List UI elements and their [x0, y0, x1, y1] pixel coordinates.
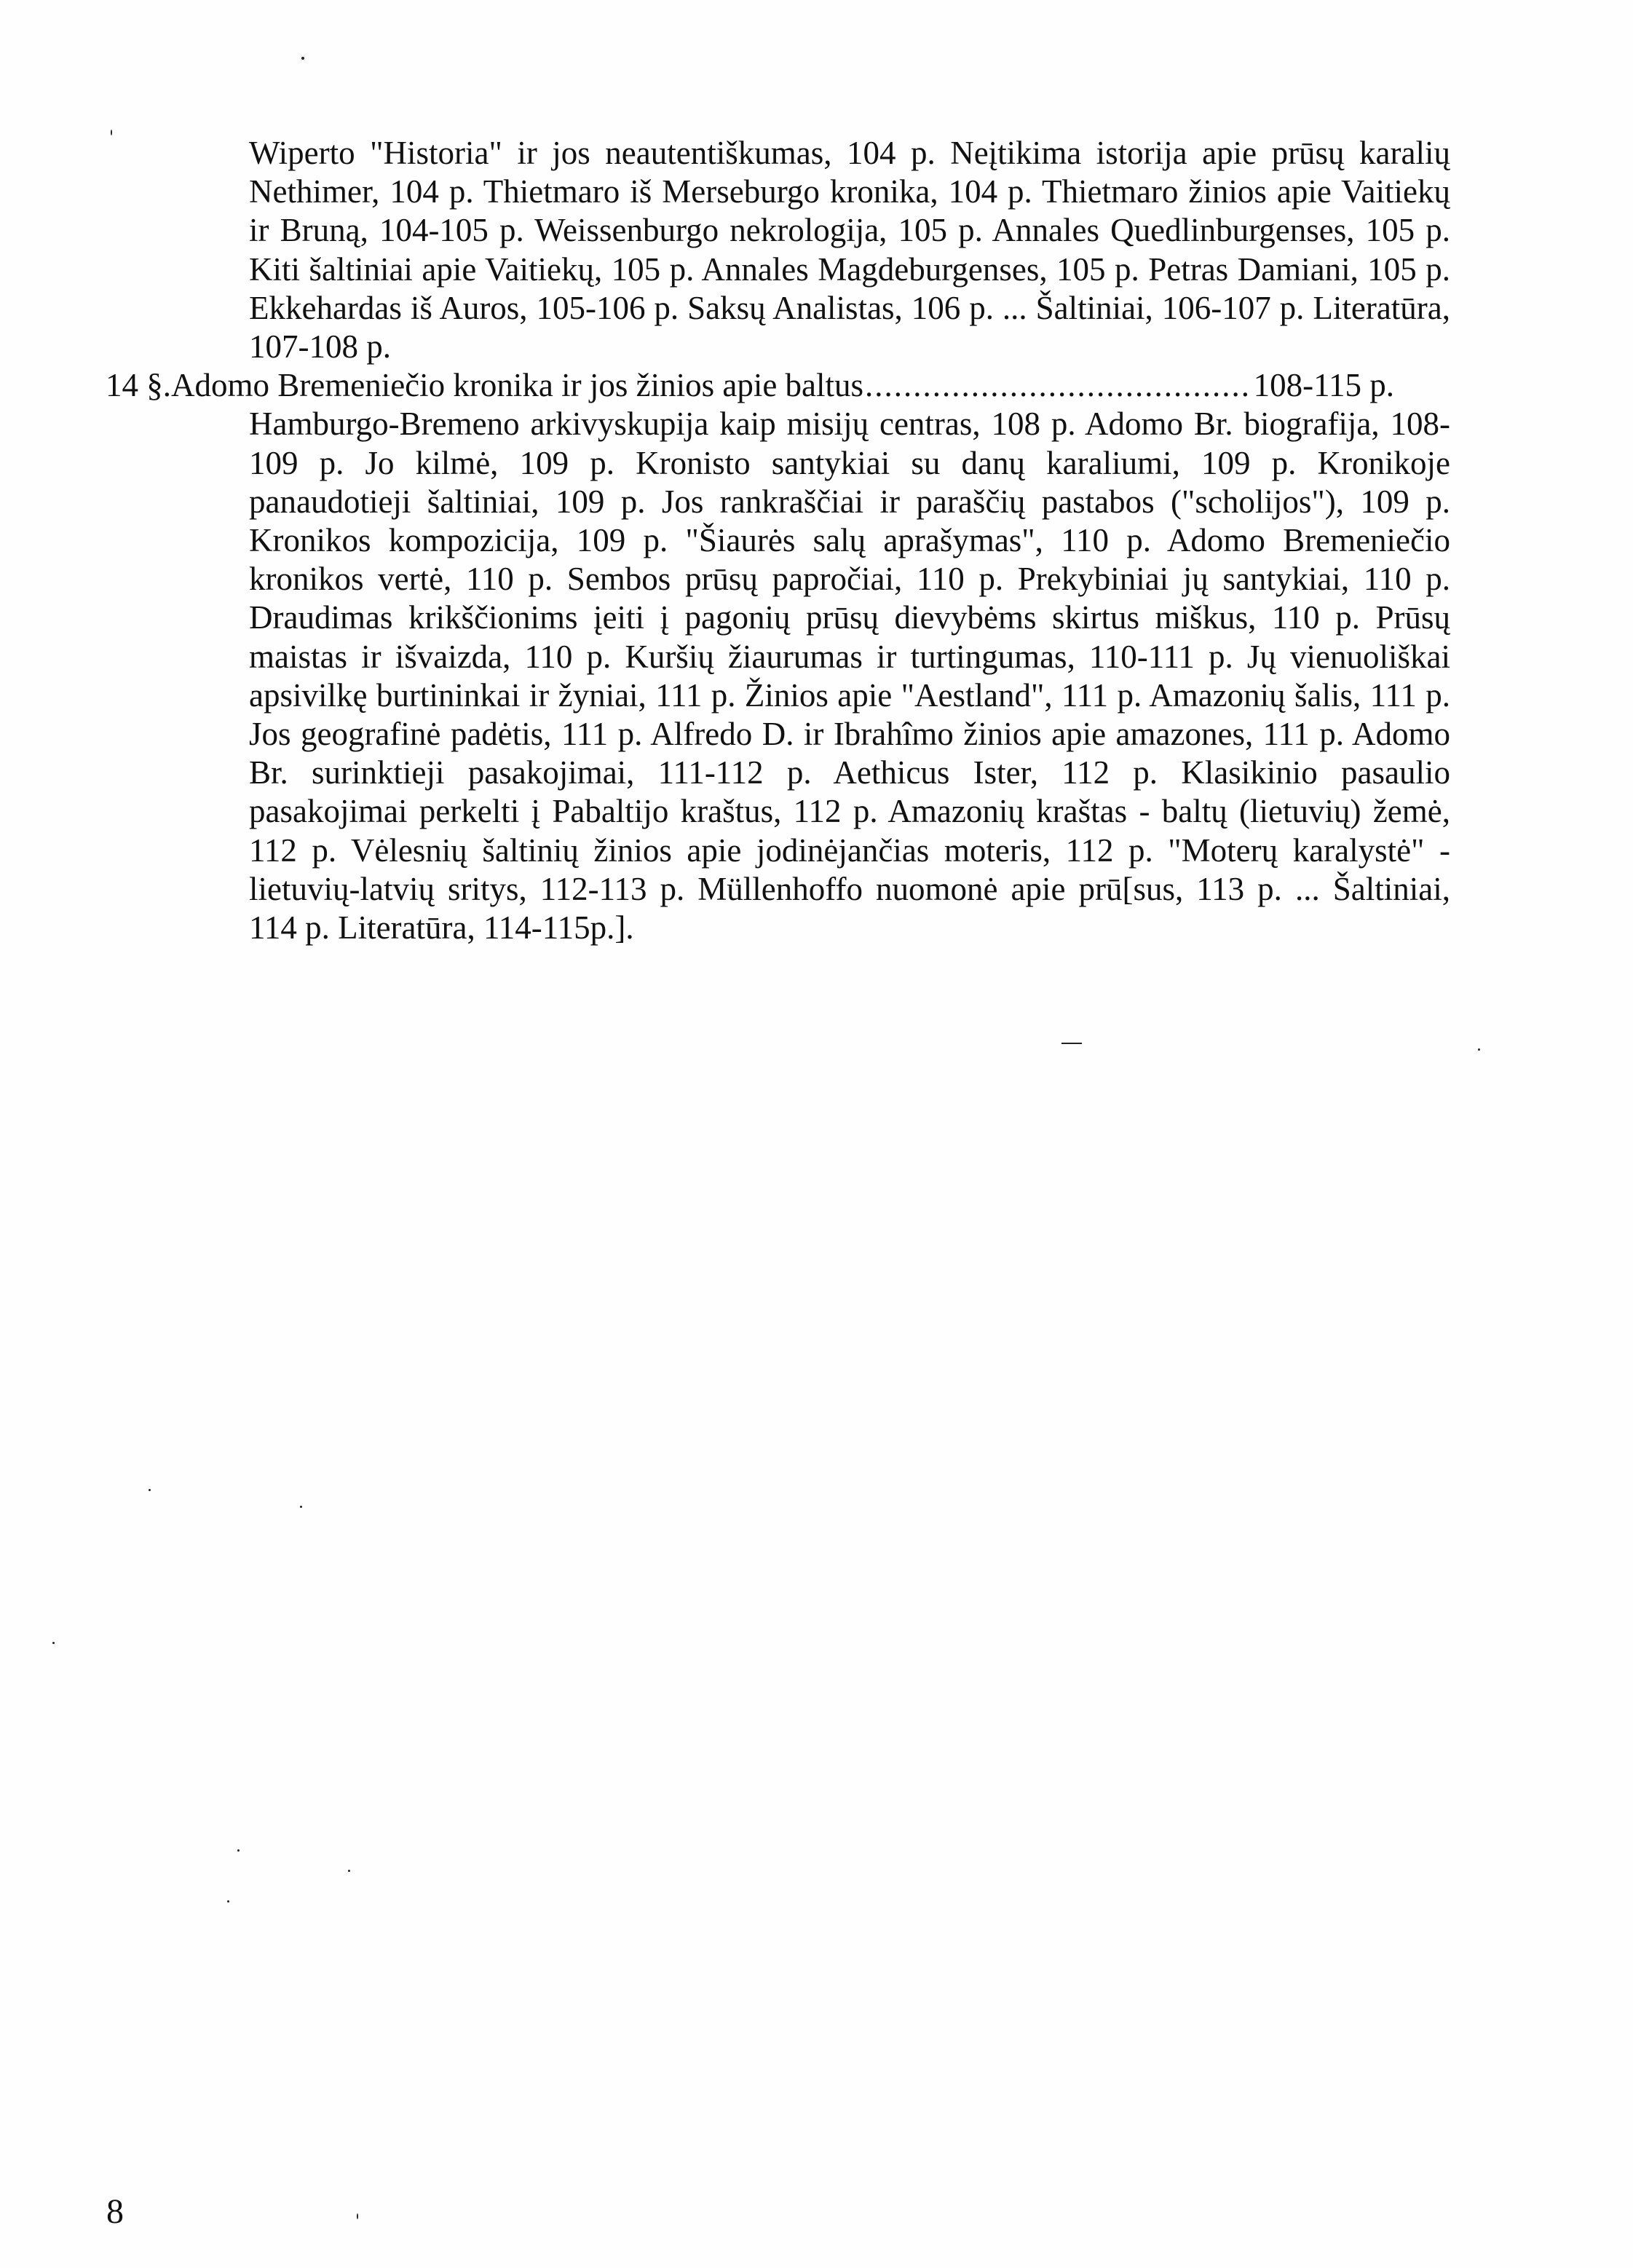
section-number: 14 §.: [106, 366, 171, 405]
section-page-range: 108-115 p.: [1254, 366, 1394, 405]
scan-speck: [1478, 1048, 1480, 1051]
table-of-contents: Wiperto "Historia" ir jos neautentiškuma…: [249, 134, 1450, 947]
scan-speck: [149, 1489, 151, 1491]
toc-entry-heading: 14 §. Adomo Bremeniečio kronika ir jos ž…: [106, 366, 1394, 405]
separator-dash: [1061, 1043, 1082, 1044]
section-summary-paragraph: Hamburgo-Bremeno arkivyskupija kaip misi…: [249, 405, 1450, 947]
scan-speck: [357, 2213, 358, 2219]
section-title: Adomo Bremeniečio kronika ir jos žinios …: [171, 366, 863, 405]
scan-speck: [237, 1849, 240, 1852]
document-page: Wiperto "Historia" ir jos neautentiškuma…: [0, 0, 1633, 2268]
scan-speck: [52, 1642, 55, 1644]
continued-summary-paragraph: Wiperto "Historia" ir jos neautentiškuma…: [249, 134, 1450, 366]
dot-leader: ........................................…: [865, 366, 1252, 405]
scan-speck: [111, 130, 112, 135]
scan-speck: [300, 1506, 302, 1508]
scan-speck: [348, 1870, 350, 1872]
scan-speck: [301, 57, 304, 60]
scan-speck: [227, 1900, 229, 1902]
page-number: 8: [106, 2192, 124, 2232]
